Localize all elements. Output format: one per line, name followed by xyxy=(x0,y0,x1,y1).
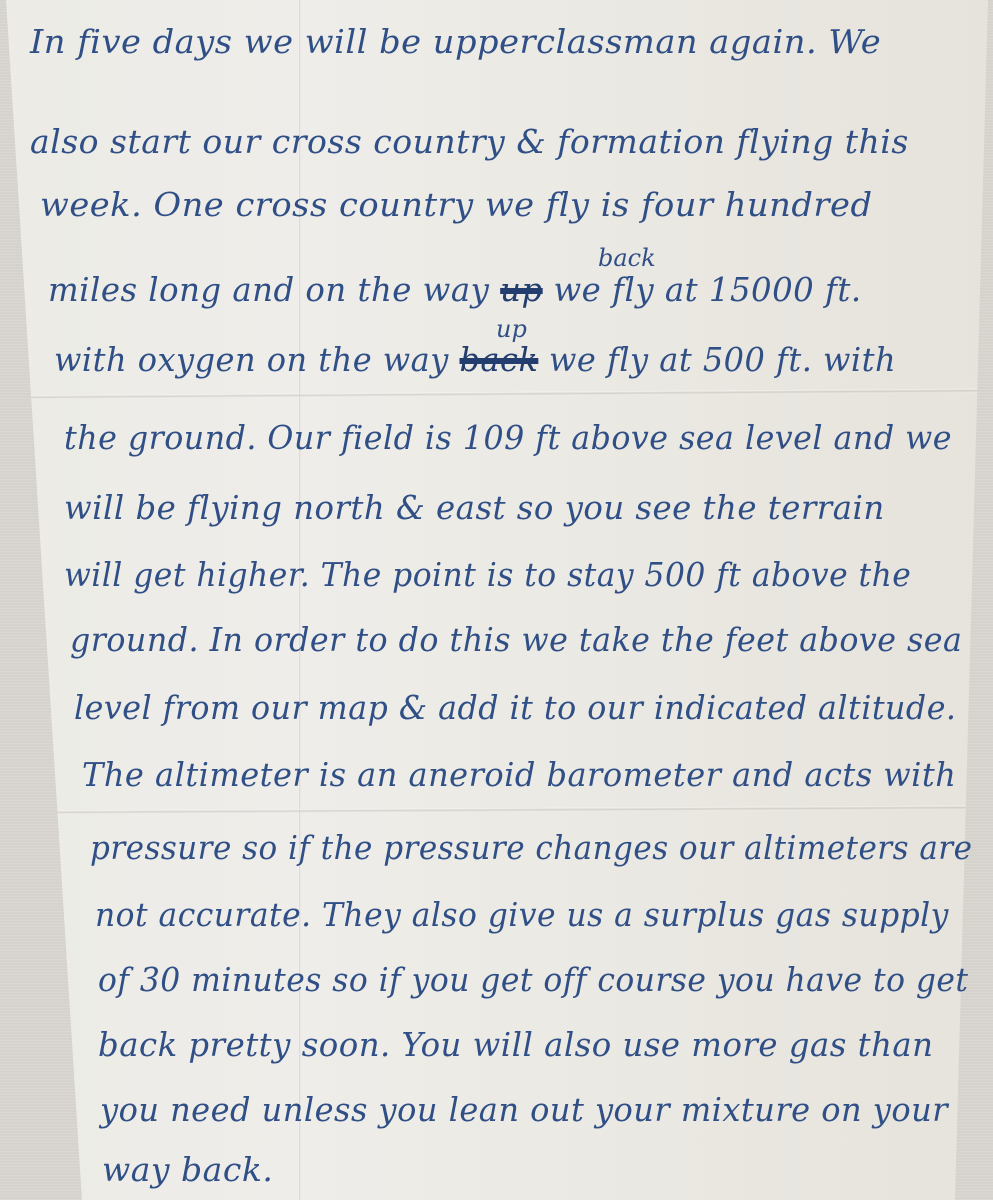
line-4-text-after: we fly at 15000 ft. xyxy=(543,270,862,309)
letter-line-2: also start our cross country & formation… xyxy=(30,122,909,161)
letter-line-13: not accurate. They also give us a surplu… xyxy=(95,895,949,934)
letter-line-17: way back. xyxy=(102,1150,273,1189)
letter-line-6: the ground. Our field is 109 ft above se… xyxy=(64,418,952,457)
letter-line-11: The altimeter is an aneroid barometer an… xyxy=(82,755,956,794)
letter-line-5: with oxygen on the way back we fly at 50… xyxy=(54,340,896,379)
letter-line-8: will get higher. The point is to stay 50… xyxy=(64,555,911,594)
letter-line-7: will be flying north & east so you see t… xyxy=(64,488,885,527)
letter-line-1: In five days we will be upperclassman ag… xyxy=(30,22,881,61)
letter-line-9: ground. In order to do this we take the … xyxy=(70,620,962,659)
letter-line-10: level from our map & add it to our indic… xyxy=(74,688,956,727)
letter-line-4: miles long and on the way up we fly at 1… xyxy=(48,270,862,309)
insertion-up: up xyxy=(496,315,527,343)
line-4-text-before: miles long and on the way xyxy=(48,270,500,309)
letter-line-12: pressure so if the pressure changes our … xyxy=(90,828,972,867)
line-5-text-before: with oxygen on the way xyxy=(54,340,459,379)
line-5-text-after: we fly at 500 ft. with xyxy=(538,340,896,379)
letter-line-15: back pretty soon. You will also use more… xyxy=(98,1025,933,1064)
letter-line-3: week. One cross country we fly is four h… xyxy=(40,185,873,224)
letter-line-16: you need unless you lean out your mixtur… xyxy=(100,1090,948,1129)
struck-word-back: back xyxy=(459,340,538,379)
struck-word-up: up xyxy=(500,270,543,309)
insertion-back: back xyxy=(598,244,656,272)
letter-line-14: of 30 minutes so if you get off course y… xyxy=(98,960,969,999)
letter-body: In five days we will be upperclassman ag… xyxy=(0,0,993,1200)
